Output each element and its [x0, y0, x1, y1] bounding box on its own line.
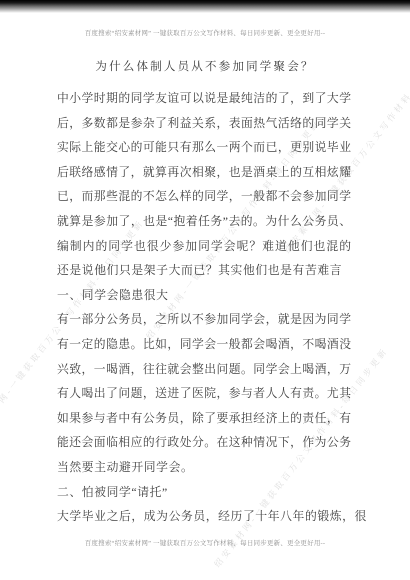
text-line: 当然要主动避开同学会。 — [57, 455, 351, 480]
section-heading: 一、同学会隐患很大 — [57, 283, 351, 308]
text-line: 实际上能交心的可能只有那么一两个而已，更别说毕业之 — [57, 135, 351, 160]
text-line: 如果参与者中有公务员，除了要承担经济上的责任，有可 — [57, 406, 351, 431]
text-line: 兴致，一喝酒，往往就会整出问题。同学会上喝酒，万一 — [57, 357, 351, 382]
top-edge-shadow — [0, 0, 410, 13]
text-line: 还是说他们只是架子大而已？其实他们也是有苦难言 — [57, 258, 351, 283]
document-page: 绍安素材网-一键获取百万公文写作材料-每日同步更新 绍安素材网-一键获取百万公文… — [0, 0, 410, 580]
text-line: 就算是参加了，也是“抱着任务”去的。为什么公务员、 — [57, 209, 351, 234]
text-line: 后联络感情了，就算再次相聚，也是酒桌上的互相炫耀而 — [57, 160, 351, 185]
text-line: 大学毕业之后，成为公务员，经历了十年八年的锻炼，很 — [57, 504, 351, 529]
text-line: 后，多数都是参杂了利益关系，表面热气活络的同学关系 — [57, 111, 351, 136]
text-line: 有一定的隐患。比如，同学会一般都会喝酒，不喝酒没有 — [57, 332, 351, 357]
text-line: 能还会面临相应的行政处分。在这种情况下，作为公务员 — [57, 430, 351, 455]
text-line: 编制内的同学也很少参加同学会呢？难道他们也混的差？ — [57, 234, 351, 259]
text-line: 已，而那些混的不怎么样的同学，一般都不会参加同学会 — [57, 184, 351, 209]
text-line: 有一部分公务员，之所以不参加同学会，就是因为同学会 — [57, 307, 351, 332]
text-line: 中小学时期的同学友谊可以说是最纯洁的了，到了大学之 — [57, 86, 351, 111]
document-title: 为什么体制人员从不参加同学聚会？ — [0, 58, 410, 74]
document-body: 中小学时期的同学友谊可以说是最纯洁的了，到了大学之后，多数都是参杂了利益关系，表… — [57, 86, 351, 529]
footer-promo-note: 百度搜索“绍安素材网” 一键获取百万公文写作材料、每日同步更新、更全更好用-- — [0, 538, 410, 547]
section-heading: 二、怕被同学“请托” — [57, 480, 351, 505]
header-promo-note: 百度搜索“绍安素材网” 一键获取百万公文写作材料、每日同步更新、更全更好用-- — [0, 28, 410, 37]
text-line: 有人喝出了问题，送进了医院，参与者人人有责。尤其是 — [57, 381, 351, 406]
